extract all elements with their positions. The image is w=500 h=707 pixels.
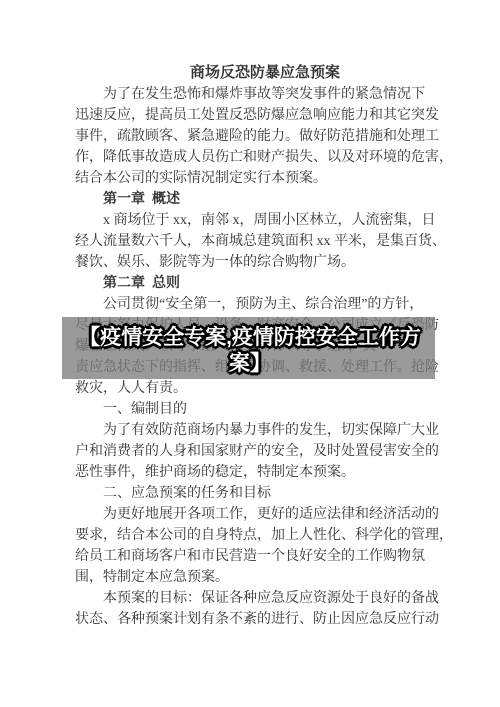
- doc-line: x 商场位于 xx，南邻 x，周围小区林立，人流密集，日: [75, 210, 425, 231]
- doc-heading: 第一章 概述: [75, 189, 425, 210]
- doc-line: 状态、各种预案计划有条不紊的进行、防止因应急反应行动: [75, 609, 425, 630]
- doc-line: 要求，结合本公司的自身特点，加上人性化、科学化的管理，: [75, 525, 425, 546]
- document-page: 商场反恐防暴应急预案为了在发生恐怖和爆炸事故等突发事件的紧急情况下迅速反应，提高…: [0, 0, 500, 707]
- doc-line: 迅速反应，提高员工处置反恐防爆应急响应能力和其它突发: [75, 105, 425, 126]
- doc-line: 围，特制定本应急预案。: [75, 567, 425, 588]
- doc-line: 结合本公司的实际情况制定实行本预案。: [75, 168, 425, 189]
- doc-line: 恶性事件，维护商场的稳定，特制定本预案。: [75, 462, 425, 483]
- doc-title: 商场反恐防暴应急预案: [75, 63, 425, 84]
- doc-line: 为更好地展开各项工作，更好的适应法律和经济活动的: [75, 504, 425, 525]
- doc-line: 为了有效防范商场内暴力事件的发生，切实保障广大业: [75, 420, 425, 441]
- doc-heading: 第二章 总则: [75, 273, 425, 294]
- doc-line: 户和消费者的人身和国家财产的安全，及时处置侵害安全的: [75, 441, 425, 462]
- doc-line: 作，降低事故造成人员伤亡和财产损失、以及对环境的危害，: [75, 147, 425, 168]
- doc-line: 餐饮、娱乐、影院等为一体的综合购物广场。: [75, 252, 425, 273]
- doc-line: 本预案的目标：保证各种应急反应资源处于良好的备战: [75, 588, 425, 609]
- watermark: 【疫情安全专案,疫情防控安全工作方案】: [0, 325, 500, 377]
- doc-line: 救灾，人人有责。: [75, 378, 425, 399]
- watermark-text: 【疫情安全专案,疫情防控安全工作方案】: [70, 325, 430, 377]
- doc-line: 公司贯彻“安全第一，预防为主、综合治理”的方针，: [75, 294, 425, 315]
- doc-line: 二、应急预案的任务和目标: [75, 483, 425, 504]
- doc-line: 经人流量数六千人，本商城总建筑面积 xx 平米，是集百货、: [75, 231, 425, 252]
- doc-line: 一、编制目的: [75, 399, 425, 420]
- doc-line: 为了在发生恐怖和爆炸事故等突发事件的紧急情况下: [75, 84, 425, 105]
- doc-line: 给员工和商场客户和市民营造一个良好安全的工作购物氛: [75, 546, 425, 567]
- doc-line: 事件，疏散顾客、紧急避险的能力。做好防范措施和处理工: [75, 126, 425, 147]
